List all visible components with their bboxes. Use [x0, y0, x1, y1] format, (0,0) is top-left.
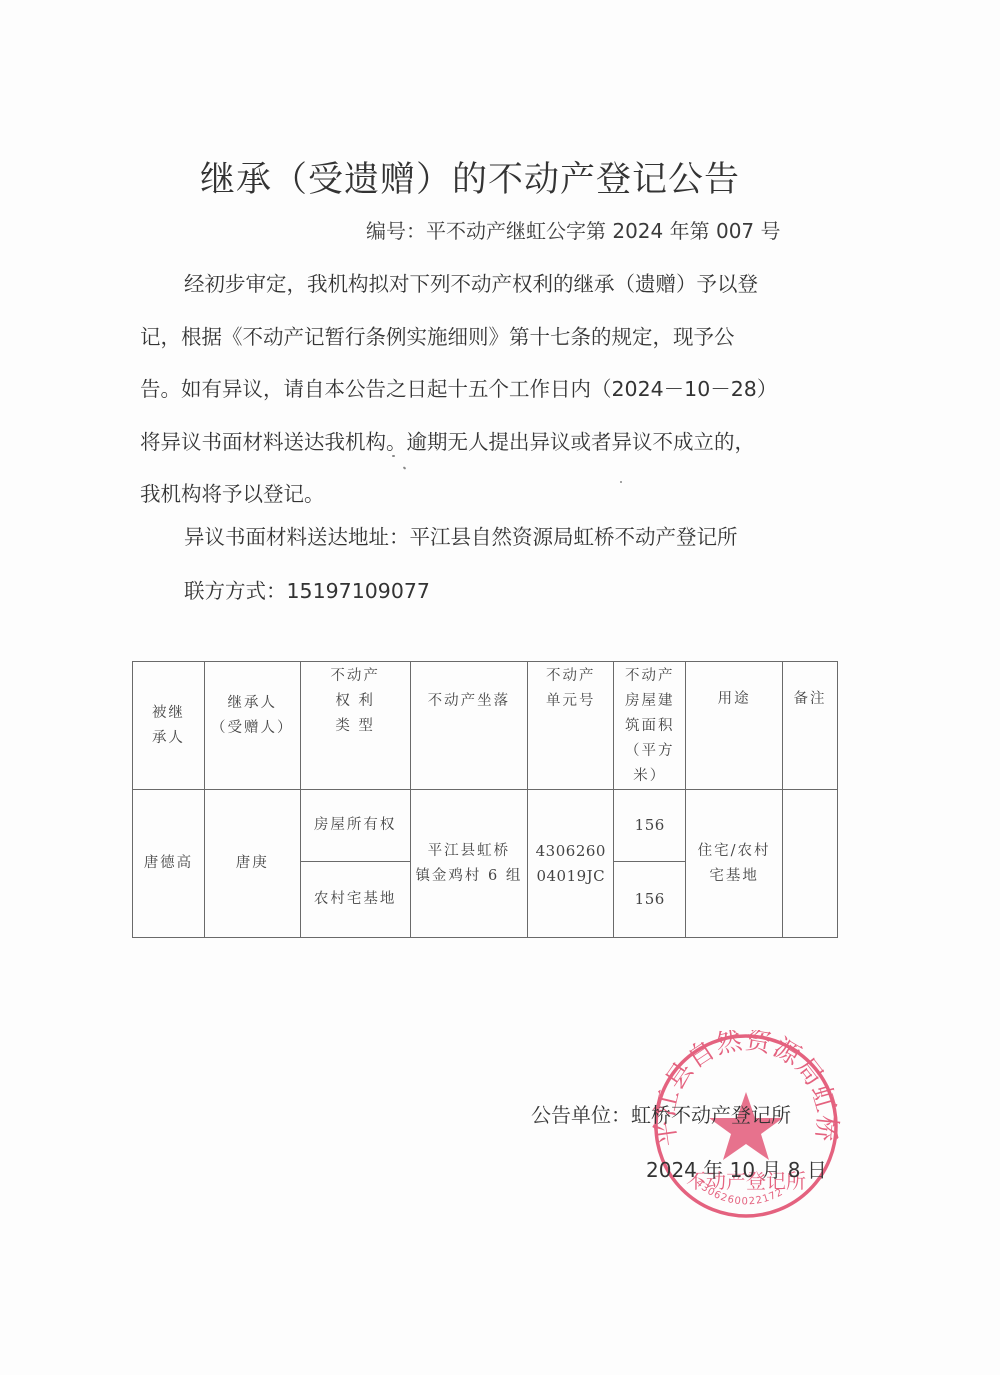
cell-heir: 唐庚 [204, 790, 300, 938]
cell-usage: 住宅/农村 宅基地 [686, 790, 783, 938]
scan-speck [392, 455, 395, 457]
cell-right-type-house: 房屋所有权 [300, 790, 410, 862]
body-line-1: 经初步审定，我机构拟对下列不动产权利的继承（遗赠）予以登 [184, 267, 874, 297]
table-header-row: 被继 承人 继承人 （受赠人） 不动产 权 利 类 型 不动产坐落 不动产 单元… [133, 662, 838, 790]
cell-right-type-homestead: 农村宅基地 [300, 862, 410, 938]
header-unit-number: 不动产 单元号 [528, 662, 614, 790]
issuer-signature: 公告单位：虹桥不动产登记所 [531, 1099, 791, 1128]
header-usage: 用途 [686, 662, 783, 790]
header-remarks: 备注 [783, 662, 838, 790]
cell-location: 平江县虹桥 镇金鸡村 6 组 [410, 790, 528, 938]
document-page: 继承（受遗赠）的不动产登记公告 编号：平不动产继虹公字第 2024 年第 007… [0, 0, 1000, 1375]
notice-title: 继承（受遗赠）的不动产登记公告 [200, 152, 760, 202]
cell-decedent: 唐德高 [133, 790, 205, 938]
registration-table: 被继 承人 继承人 （受赠人） 不动产 权 利 类 型 不动产坐落 不动产 单元… [132, 661, 838, 938]
header-floor-area: 不动产 房屋建 筑面积 （平方 米） [614, 662, 686, 790]
table-row: 唐德高 唐庚 房屋所有权 平江县虹桥 镇金鸡村 6 组 4306260 0401… [133, 790, 838, 862]
header-location: 不动产坐落 [410, 662, 528, 790]
cell-area-homestead: 156 [614, 862, 686, 938]
header-decedent: 被继 承人 [133, 662, 205, 790]
cell-remarks [783, 790, 838, 938]
document-number: 编号：平不动产继虹公字第 2024 年第 007 号 [366, 215, 781, 244]
objection-address: 异议书面材料送达地址：平江县自然资源局虹桥不动产登记所 [184, 520, 874, 550]
header-right-type: 不动产 权 利 类 型 [300, 662, 410, 790]
body-line-2: 记，根据《不动产记暂行条例实施细则》第十七条的规定，现予公 [140, 320, 830, 350]
issue-date: 2024 年 10 月 8 日 [646, 1154, 827, 1183]
body-line-4: 将异议书面材料送达我机构。逾期无人提出异议或者异议不成立的， [140, 425, 830, 455]
cell-area-house: 156 [614, 790, 686, 862]
cell-unit-number: 4306260 04019JC [528, 790, 614, 938]
body-line-5: 我机构将予以登记。 [140, 477, 830, 507]
scan-speck [620, 481, 622, 483]
contact-info: 联方方式：15197109077 [184, 574, 874, 604]
registration-table-container: 被继 承人 继承人 （受赠人） 不动产 权 利 类 型 不动产坐落 不动产 单元… [132, 661, 838, 938]
header-heir: 继承人 （受赠人） [204, 662, 300, 790]
body-line-3: 告。如有异议，请自本公告之日起十五个工作日内（2024－10－28） [140, 372, 830, 402]
scan-speck [403, 466, 407, 469]
